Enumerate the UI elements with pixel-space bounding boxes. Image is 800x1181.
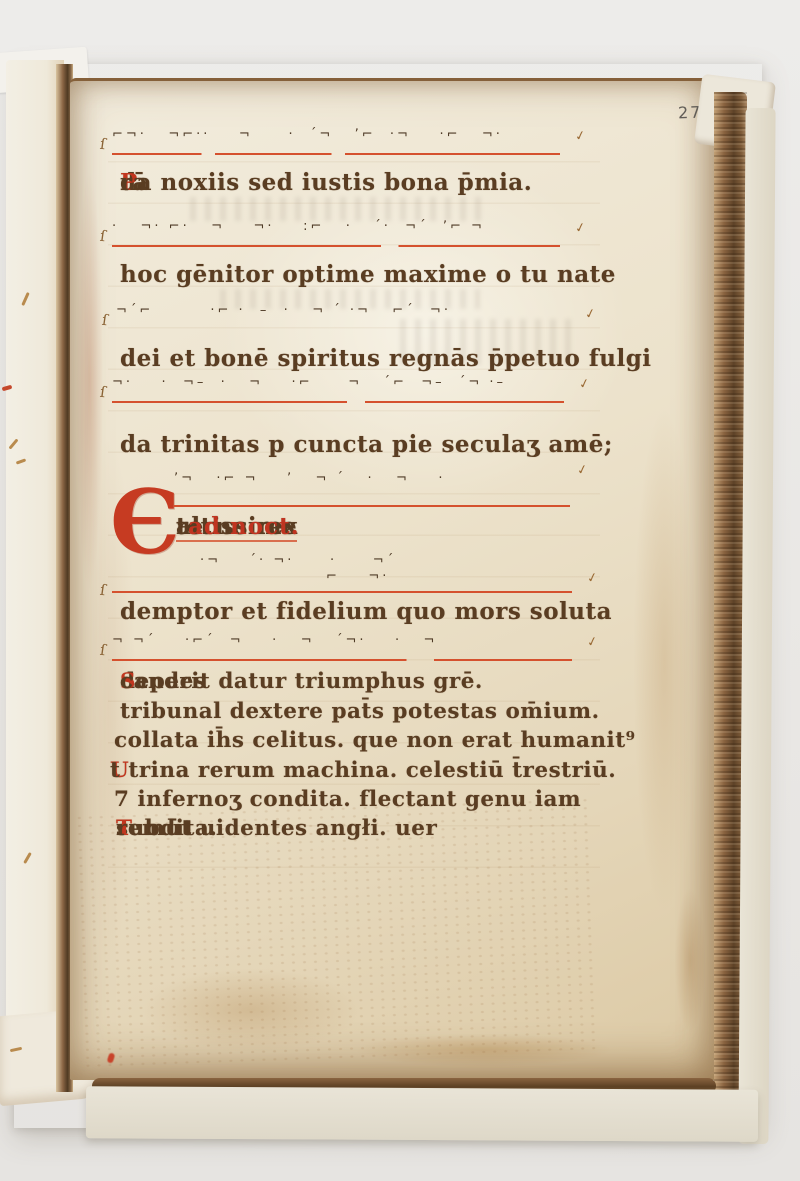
illuminated-initial-E: Є	[110, 483, 180, 561]
neume-group: ¬´⌐ ·⌐ · – · ¬ ´ ·¬ ⌐´ ¬·	[116, 303, 451, 318]
lyric-text: dei et bonē spiritus regnās p̄petuo fulg…	[120, 345, 652, 372]
lyric-text: 7 infernoʒ condita. flectant genu iam	[114, 787, 581, 812]
neume-group: ⌐ ¬·	[112, 569, 389, 584]
lyric-text: hoc gēnitor optime maxime o tu nate	[120, 261, 616, 288]
clef-mark: ſ	[99, 581, 107, 600]
music-line-3: ¬´⌐ ·⌐ · – · ¬ ´ ·¬ ⌐´ ¬· ✓	[116, 303, 576, 339]
neume-group: ¬ ¬´ ·⌐´ ¬ · ¬ ´¬· · ¬	[112, 633, 437, 648]
lyric-text: tribunal dextere pat̄s potestas om̄ium.	[120, 699, 600, 724]
lyric-text: t trina rerum machina. celestiū t̄restri…	[110, 758, 616, 783]
lyric-text: da noxiis sed iustis bona p̄mia.	[120, 169, 532, 196]
clef-mark: ſ	[99, 641, 107, 660]
music-line-5: ʼ¬ ·⌐ ¬ ʼ ¬ ´ · ¬ · ✓	[174, 465, 570, 509]
staff-line	[112, 659, 572, 662]
music-line-1: ⌐¬· ¬⌐·· ¬ · ´¬ ʼ⌐ ·¬ ·⌐ ¬· ✓	[112, 127, 560, 157]
staff-line	[112, 591, 572, 594]
bottom-cover-edge	[86, 1086, 758, 1142]
neume-group: ʼ¬ ·⌐ ¬ ʼ ¬ ´ · ¬ ·	[174, 471, 446, 486]
lyric-text: da trinitas p cuncta pie seculaʒ amē;	[120, 431, 613, 458]
manuscript-photo: 27 ſ ⌐¬· ¬⌐·· ¬ · ´¬ ʼ⌐ ·¬ ·⌐ ¬· ✓ da no…	[0, 0, 800, 1181]
neume-group: ⌐¬· ¬⌐·· ¬ · ´¬ ʼ⌐ ·¬ ·⌐ ¬·	[112, 127, 503, 142]
neume-group: ·¬ ´· ¬· · ¬´	[200, 553, 396, 568]
lyric-text: collata ih̄s celitus. que non erat human…	[114, 728, 636, 753]
neume-group: · ¬· ⌐· ¬ ¬· :⌐ · ´· ¬´ ʼ⌐ ¬	[112, 219, 485, 234]
music-line-8: ¬ ¬´ ·⌐´ ¬ · ¬ ´¬· · ¬ ✓	[112, 633, 572, 663]
lyric-text: candes	[120, 669, 206, 694]
ink-showthrough	[190, 197, 490, 221]
music-line-4: ¬· · ¬– · ¬ ·⌐ ¬ ´⌐ ¬– ´¬ ·– ✓	[112, 375, 564, 405]
staff-line	[112, 153, 560, 156]
lyric-text: demptor et fidelium quo mors soluta	[120, 598, 612, 625]
lyric-text: remūt uidentes angłi. uer	[116, 816, 437, 841]
staff-line	[174, 505, 570, 508]
manuscript-page: 27 ſ ⌐¬· ¬⌐·· ¬ · ´¬ ʼ⌐ ·¬ ·⌐ ¬· ✓ da no…	[70, 78, 716, 1080]
lyric-text: rā	[120, 169, 148, 196]
staff-line	[112, 401, 564, 404]
rubric-ad-noct: ad noct.	[188, 513, 300, 540]
neume-group: ¬· · ¬– · ¬ ·⌐ ¬ ´⌐ ¬– ´¬ ·–	[112, 375, 506, 390]
back-cover-edge	[738, 108, 775, 1144]
clef-mark: ſ	[99, 135, 107, 154]
staff-line	[112, 245, 560, 248]
music-line-2: · ¬· ⌐· ¬ ¬· :⌐ · ´· ¬´ ʼ⌐ ¬ ✓	[112, 219, 560, 249]
clef-mark: ſ	[99, 383, 107, 402]
clef-mark: ſ	[99, 227, 107, 246]
music-line-7: ⌐ ¬· ✓	[112, 575, 572, 595]
